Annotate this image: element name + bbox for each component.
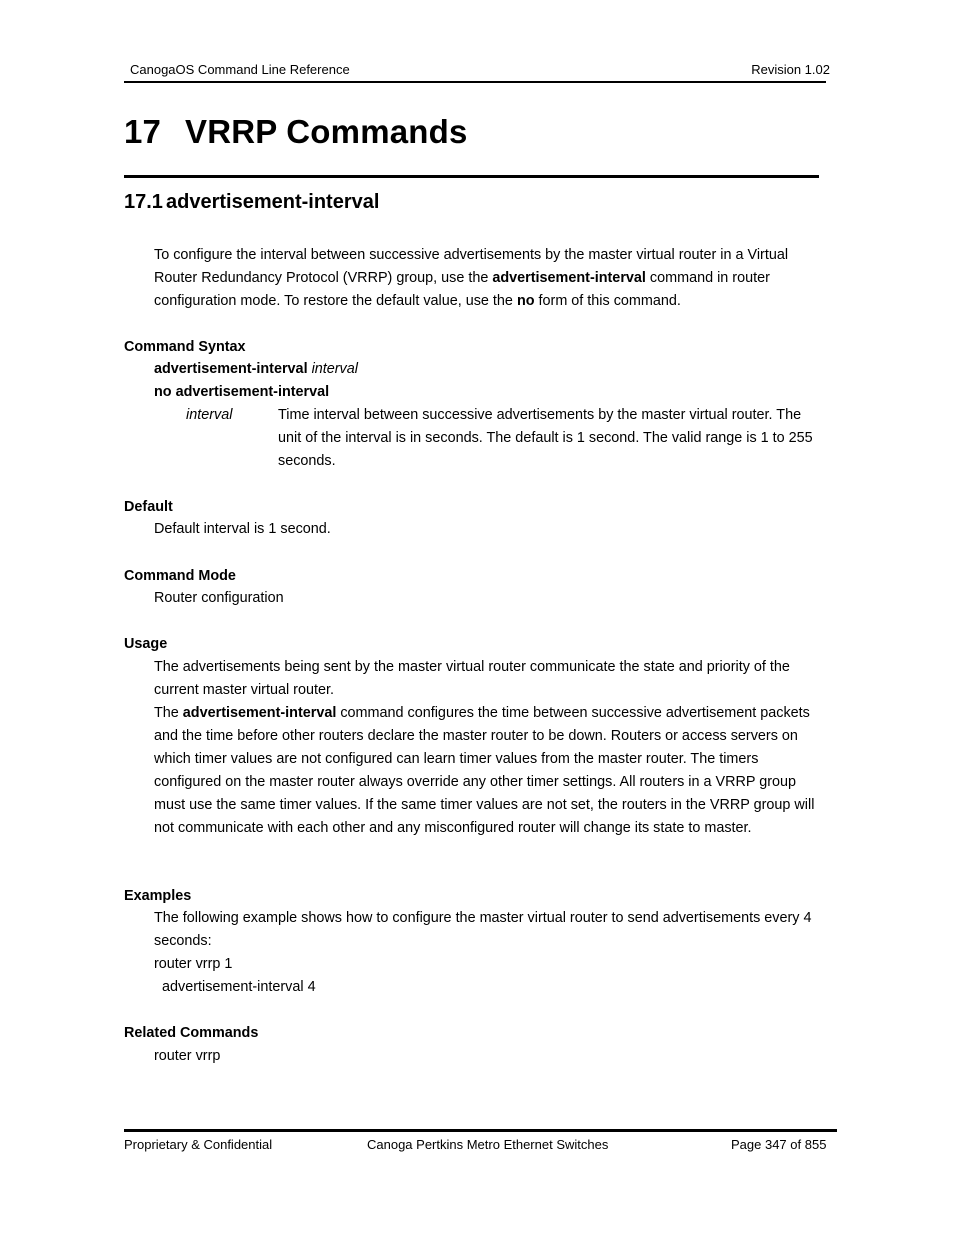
default-text: Default interval is 1 second. — [154, 518, 331, 541]
intro-bold-command: advertisement-interval — [492, 270, 646, 286]
footer-divider — [124, 1129, 837, 1132]
command-syntax-heading: Command Syntax — [124, 336, 246, 359]
usage-body: The advertisements being sent by the mas… — [154, 656, 819, 840]
syntax-line-2: no advertisement-interval — [154, 381, 329, 404]
parameter-description: Time interval between successive adverti… — [278, 404, 823, 473]
command-mode-text: Router configuration — [154, 587, 284, 610]
footer-page-number: Page 347 of 855 — [731, 1137, 826, 1152]
related-commands-heading: Related Commands — [124, 1022, 258, 1045]
syntax-line-1: advertisement-interval interval — [154, 358, 358, 381]
intro-bold-no: no — [517, 293, 535, 309]
chapter-divider — [124, 175, 819, 178]
syntax-command: advertisement-interval — [154, 361, 308, 377]
chapter-title: 17VRRP Commands — [124, 113, 468, 151]
syntax-no-command: no advertisement-interval — [154, 384, 329, 400]
section-number: 17.1 — [124, 191, 166, 214]
parameter-name: interval — [186, 404, 232, 427]
chapter-title-text: VRRP Commands — [185, 113, 468, 150]
related-command-link: router vrrp — [154, 1045, 220, 1068]
running-header-title: CanogaOS Command Line Reference — [130, 62, 350, 77]
usage-text-pre: The — [154, 705, 183, 721]
examples-text: The following example shows how to confi… — [154, 907, 824, 953]
section-title-text: advertisement-interval — [166, 191, 379, 213]
footer-confidential: Proprietary & Confidential — [124, 1137, 272, 1152]
usage-text-post: command configures the time between succ… — [154, 705, 814, 836]
intro-text-3: form of this command. — [535, 293, 681, 309]
section-title: 17.1advertisement-interval — [124, 191, 379, 214]
examples-heading: Examples — [124, 885, 191, 908]
syntax-argument: interval — [312, 361, 358, 377]
command-mode-heading: Command Mode — [124, 565, 236, 588]
usage-paragraph-1: The advertisements being sent by the mas… — [154, 656, 819, 702]
default-heading: Default — [124, 496, 173, 519]
intro-paragraph: To configure the interval between succes… — [154, 244, 824, 313]
usage-paragraph-2: The advertisement-interval command confi… — [154, 702, 819, 840]
example-code-line-1: router vrrp 1 — [154, 953, 232, 976]
footer-product: Canoga Pertkins Metro Ethernet Switches — [367, 1137, 608, 1152]
running-header-revision: Revision 1.02 — [751, 62, 830, 77]
usage-heading: Usage — [124, 633, 167, 656]
example-code-line-2: advertisement-interval 4 — [162, 976, 316, 999]
header-divider — [124, 81, 826, 83]
usage-bold-command: advertisement-interval — [183, 705, 337, 721]
chapter-number: 17 — [124, 113, 185, 151]
